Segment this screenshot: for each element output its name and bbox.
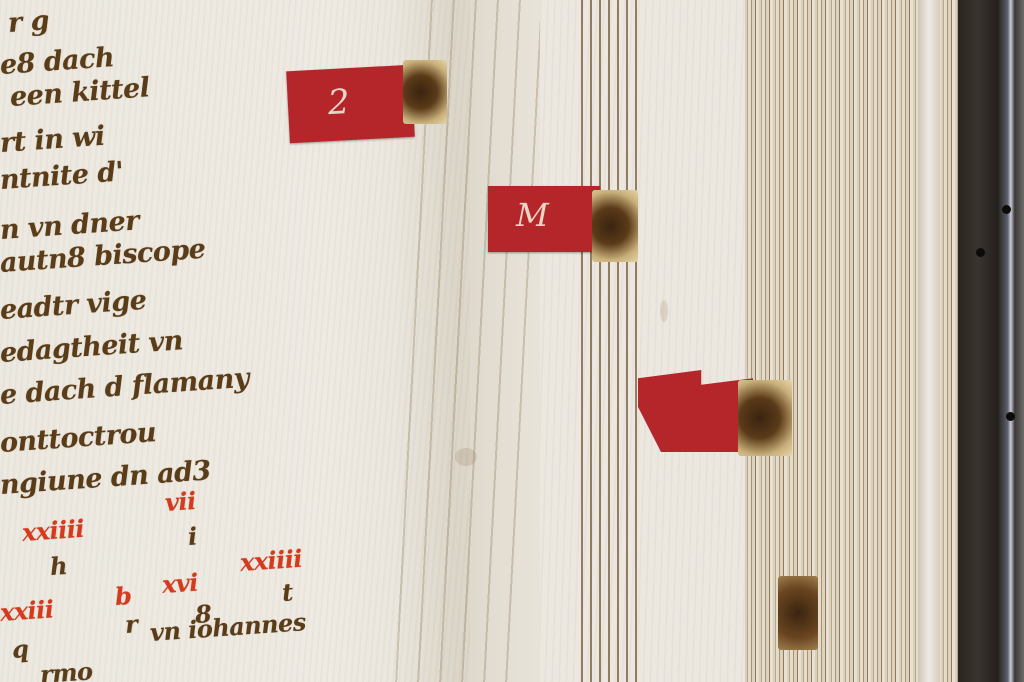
middle-leaf xyxy=(540,0,745,682)
calendar-letter: rmo xyxy=(39,656,93,682)
calendar-letter: h xyxy=(49,551,68,581)
cover-hole xyxy=(1006,412,1015,421)
text-line: r g xyxy=(7,5,50,39)
index-tab-4-remnant xyxy=(778,576,818,650)
page-edge-highlight xyxy=(918,0,940,682)
calendar-letter: q xyxy=(11,634,29,664)
rubric-numeral: xvi xyxy=(161,568,199,599)
cover-hole xyxy=(976,248,985,257)
book-cover xyxy=(958,0,1024,682)
rubric-numeral: xxiii xyxy=(0,594,54,627)
tab-label: 2 xyxy=(327,82,351,123)
index-tab-1: 2 xyxy=(286,65,415,143)
rubric-numeral: vii xyxy=(164,486,197,517)
stain xyxy=(455,448,477,466)
manuscript-photo: r ge8 dacheen kittelrt in wintnite d'n v… xyxy=(0,0,1024,682)
tab-clasp xyxy=(592,190,638,262)
calendar-letter: t xyxy=(281,577,294,607)
tab-clasp xyxy=(403,60,447,124)
calendar-letter: i xyxy=(187,521,198,551)
rubric-numeral: b xyxy=(114,581,132,611)
leaf-edge-lines xyxy=(578,0,640,682)
rubric-numeral: xxiiii xyxy=(239,544,303,577)
rubric-numeral: xxiiii xyxy=(21,514,85,547)
tab-clasp xyxy=(738,380,792,456)
index-tab-3 xyxy=(638,370,753,452)
calendar-letter: r xyxy=(124,609,138,639)
index-tab-2: M xyxy=(488,186,600,252)
tab-label: M xyxy=(516,196,549,234)
stain xyxy=(660,300,668,322)
cover-hole xyxy=(1002,205,1011,214)
